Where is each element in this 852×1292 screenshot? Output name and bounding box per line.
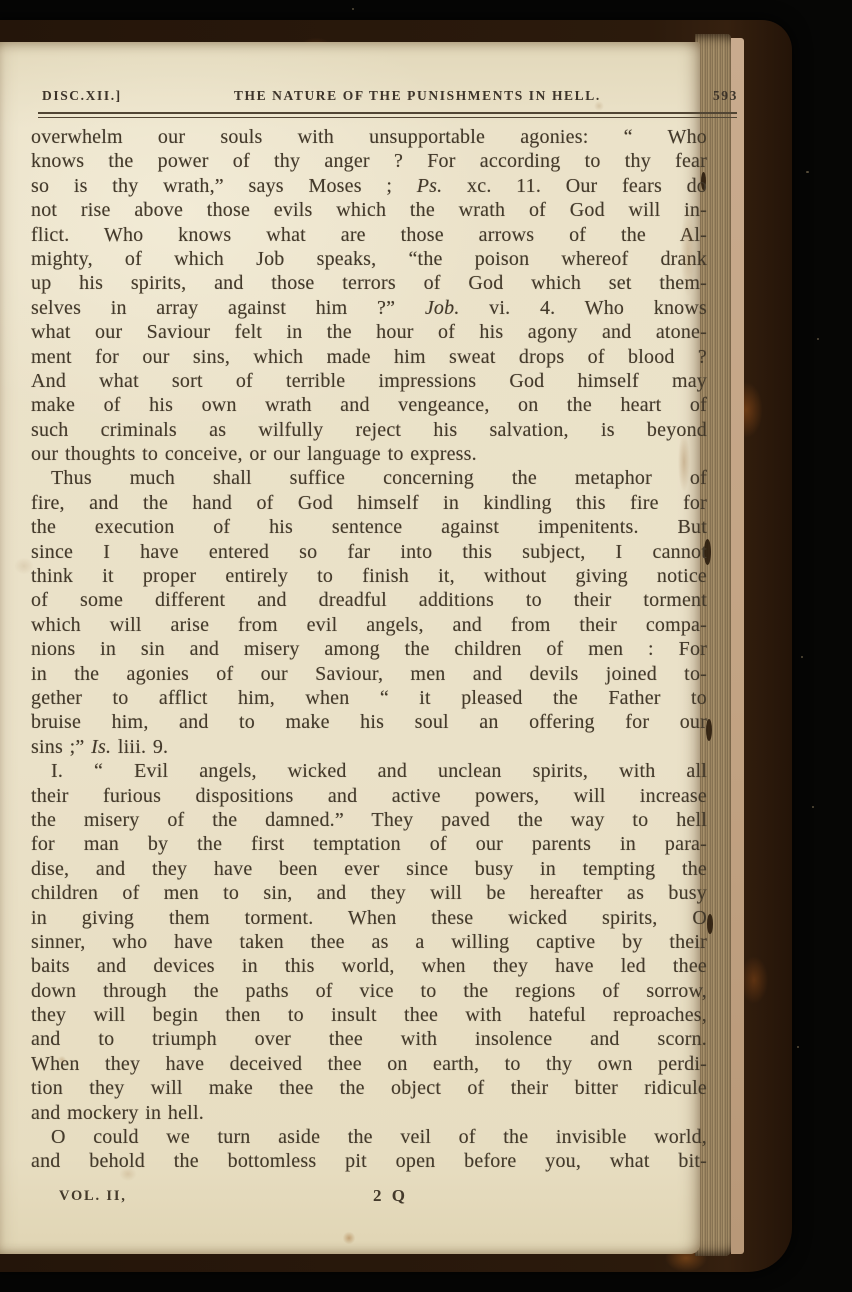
page-title: THE NATURE OF THE PUNISHMENTS IN HELL. xyxy=(234,88,601,104)
text-line: they will begin then to insult thee with… xyxy=(31,1003,707,1027)
text-line: I. “ Evil angels, wicked and unclean spi… xyxy=(31,759,707,783)
text-line: down through the paths of vice to the re… xyxy=(31,979,707,1003)
text-line: such criminals as wilfully reject his sa… xyxy=(31,418,707,442)
text-line: flict. Who knows what are those arrows o… xyxy=(31,223,707,247)
text-line: up his spirits, and those terrors of God… xyxy=(31,271,707,295)
text-line: what our Saviour felt in the hour of his… xyxy=(31,320,707,344)
text-line: O could we turn aside the veil of the in… xyxy=(31,1125,707,1149)
text-line: And what sort of terrible impressions Go… xyxy=(31,369,707,393)
text-line: overwhelm our souls with unsupportable a… xyxy=(31,125,707,149)
dust-speck xyxy=(801,656,803,658)
text-line: sins ;” Is. liii. 9. xyxy=(31,735,707,759)
text-line: nions in sin and misery among the childr… xyxy=(31,637,707,661)
dust-speck xyxy=(806,171,809,173)
text-line: our thoughts to conceive, or our languag… xyxy=(31,442,707,466)
text-line: the execution of his sentence against im… xyxy=(31,515,707,539)
text-line: of some different and dreadful additions… xyxy=(31,588,707,612)
text-line: selves in array against him ?” Job. vi. … xyxy=(31,296,707,320)
text-line: and to triumph over thee with insolence … xyxy=(31,1027,707,1051)
signature-mark: 2 Q xyxy=(373,1186,408,1206)
dust-speck xyxy=(352,8,354,10)
text-line: children of men to sin, and they will be… xyxy=(31,881,707,905)
page-footer: VOL. II, 2 Q xyxy=(31,1186,707,1212)
text-line: sinner, who have taken thee as a willing… xyxy=(31,930,707,954)
edge-notch xyxy=(707,914,713,934)
text-line: think it proper entirely to finish it, w… xyxy=(31,564,707,588)
text-line: fire, and the hand of God himself in kin… xyxy=(31,491,707,515)
running-head: DISC.XII.] THE NATURE OF THE PUNISHMENTS… xyxy=(42,88,738,104)
text-line: their furious dispositions and active po… xyxy=(31,784,707,808)
text-line: since I have entered so far into this su… xyxy=(31,540,707,564)
text-line: the misery of the damned.” They paved th… xyxy=(31,808,707,832)
dust-speck xyxy=(797,1046,799,1048)
scan-background: DISC.XII.] THE NATURE OF THE PUNISHMENTS… xyxy=(0,0,852,1292)
text-line: and mockery in hell. xyxy=(31,1101,707,1125)
text-line: mighty, of which Job speaks, “the poison… xyxy=(31,247,707,271)
text-line: in giving them torment. When these wicke… xyxy=(31,906,707,930)
dust-speck xyxy=(812,806,814,808)
text-line: so is thy wrath,” says Moses ; Ps. xc. 1… xyxy=(31,174,707,198)
text-line: bruise him, and to make his soul an offe… xyxy=(31,710,707,734)
text-line: which will arise from evil angels, and f… xyxy=(31,613,707,637)
header-double-rule xyxy=(38,112,737,118)
text-line: tion they will make thee the object of t… xyxy=(31,1076,707,1100)
inner-cover-band xyxy=(731,38,744,1254)
book-page: DISC.XII.] THE NATURE OF THE PUNISHMENTS… xyxy=(0,42,700,1254)
page-number: 593 xyxy=(713,88,738,104)
text-line: in the agonies of our Saviour, men and d… xyxy=(31,662,707,686)
discourse-label: DISC.XII.] xyxy=(42,88,122,104)
text-line: and behold the bottomless pit open befor… xyxy=(31,1149,707,1173)
text-line: make of his own wrath and vengeance, on … xyxy=(31,393,707,417)
text-line: gether to afflict him, when “ it pleased… xyxy=(31,686,707,710)
text-line: for man by the first temptation of our p… xyxy=(31,832,707,856)
text-line: knows the power of thy anger ? For accor… xyxy=(31,149,707,173)
body-text: overwhelm our souls with unsupportable a… xyxy=(31,125,707,1174)
text-line: ment for our sins, which made him sweat … xyxy=(31,345,707,369)
text-line: not rise above those evils which the wra… xyxy=(31,198,707,222)
text-line: baits and devices in this world, when th… xyxy=(31,954,707,978)
dust-speck xyxy=(817,338,819,340)
volume-label: VOL. II, xyxy=(59,1188,127,1205)
text-line: When they have deceived thee on earth, t… xyxy=(31,1052,707,1076)
text-line: Thus much shall suffice concerning the m… xyxy=(31,466,707,490)
text-line: dise, and they have been ever since busy… xyxy=(31,857,707,881)
